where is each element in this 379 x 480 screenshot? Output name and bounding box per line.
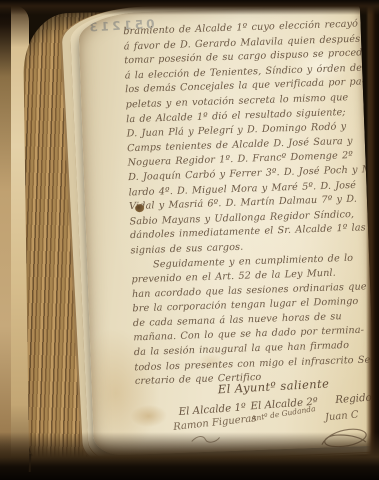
manuscript-text-block: bramiento de Alcalde 1º cuyo elección re… xyxy=(123,17,373,390)
book-cover-edge xyxy=(0,0,11,480)
manuscript-page: 051213 bramiento de Alcalde 1º cuyo elec… xyxy=(78,4,376,456)
top-shadow xyxy=(0,0,379,15)
book-photo: 051213 bramiento de Alcalde 1º cuyo elec… xyxy=(0,0,379,480)
signature-juan: Juan C xyxy=(324,409,359,423)
table-shadow xyxy=(0,432,379,480)
gutter-dark-edge xyxy=(366,0,379,480)
